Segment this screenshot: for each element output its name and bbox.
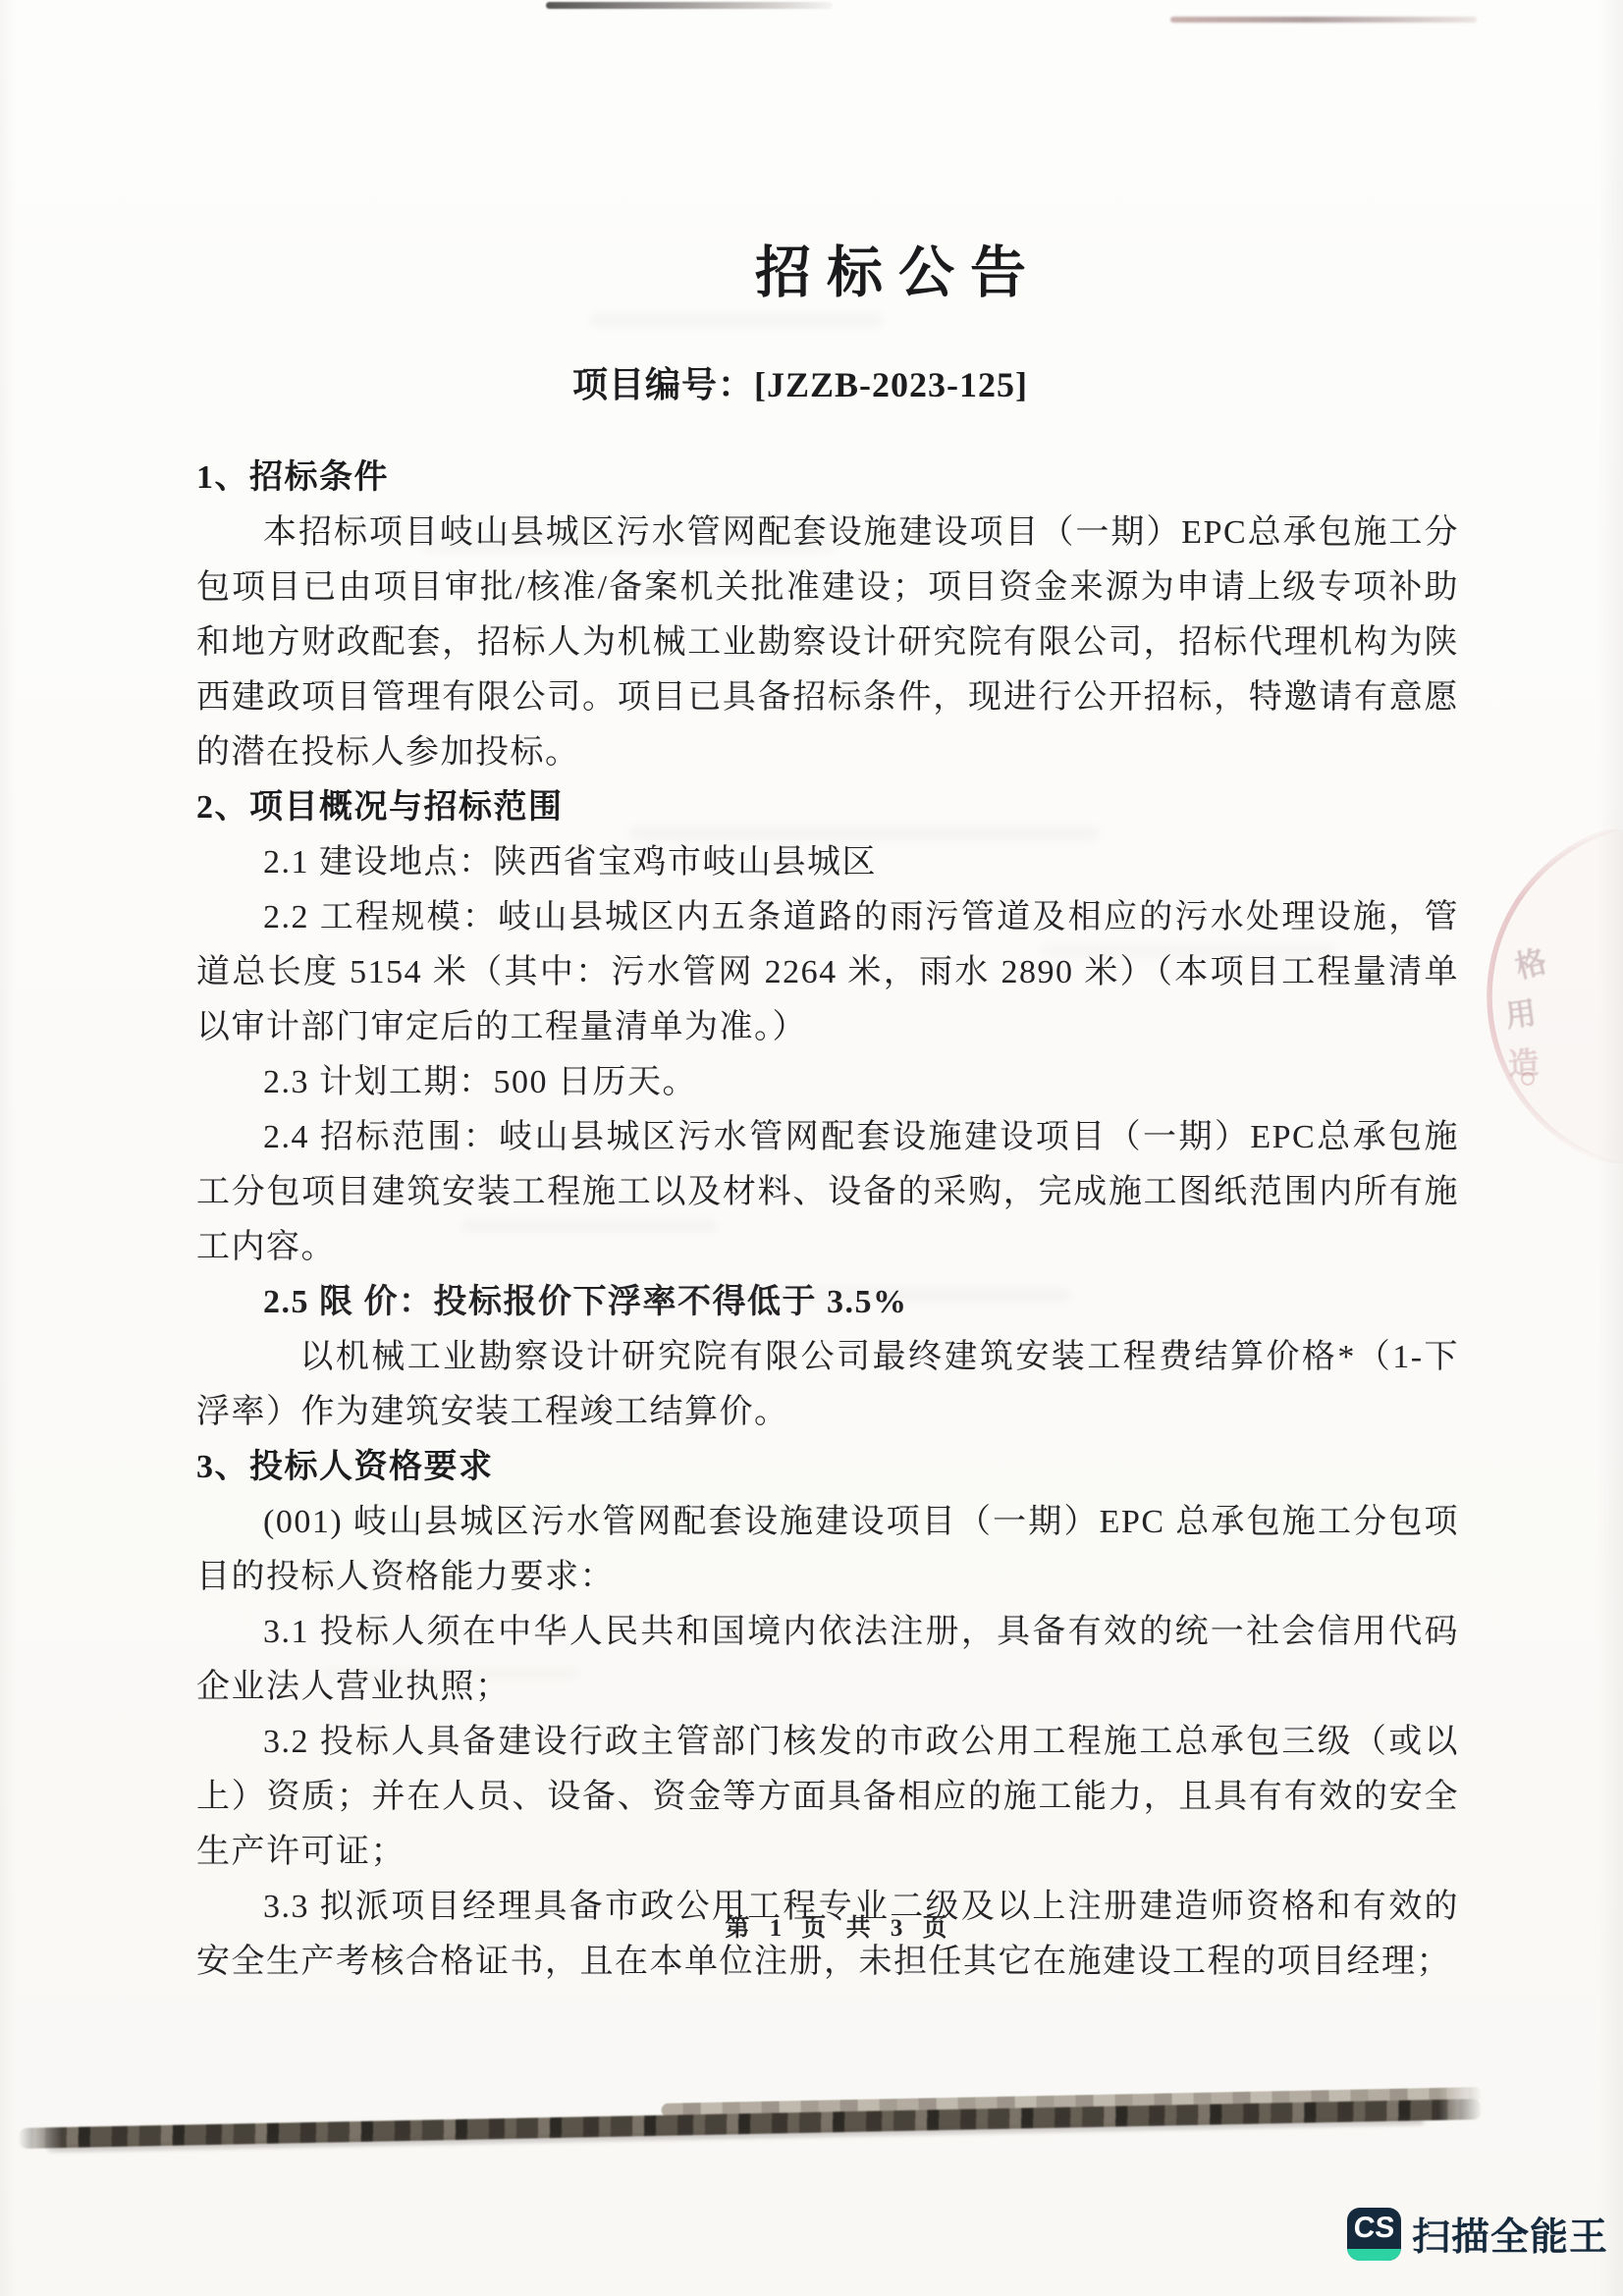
seal-glyph: 格 [1510,936,1550,987]
scan-edge-shading [0,0,16,2296]
scan-artifact-top [1170,17,1477,23]
paragraph: 2.4 招标范围：岐山县城区污水管网配套设施建设项目（一期）EPC总承包施工分包… [196,1110,1459,1275]
section-heading: 1、招标条件 [196,451,1459,506]
section-heading: 2、项目概况与招标范围 [196,780,1459,835]
camscanner-icon-label: CS [1347,2208,1401,2249]
camscanner-icon-teal-band [1347,2249,1401,2261]
tender-document: 招标公告 项目编号：[JZZB-2023-125] 1、招标条件本招标项目岐山县… [196,228,1459,1990]
paragraph: 3.2 投标人具备建设行政主管部门核发的市政公用工程施工总承包三级（或以上）资质… [196,1715,1459,1880]
section-heading: 3、投标人资格要求 [196,1440,1459,1495]
scan-artifact-top [546,2,833,9]
seal-dot [1521,1072,1535,1086]
document-body: 1、招标条件本招标项目岐山县城区污水管网配套设施建设项目（一期）EPC总承包施工… [196,451,1459,1990]
camscanner-icon: CS [1347,2208,1401,2261]
paragraph: 以机械工业勘察设计研究院有限公司最终建筑安装工程费结算价格*（1-下浮率）作为建… [196,1330,1459,1440]
paragraph: 2.3 计划工期：500 日历天。 [196,1055,1459,1110]
scan-edge-shading [1597,0,1623,2296]
project-number: 项目编号：[JZZB-2023-125] [169,357,1432,407]
paragraph: 2.5 限 价：投标报价下浮率不得低于 3.5% [196,1275,1459,1330]
paragraph: 本招标项目岐山县城区污水管网配套设施建设项目（一期）EPC总承包施工分包项目已由… [196,506,1459,780]
camscanner-watermark: CS 扫描全能王 [1347,2207,1608,2262]
paragraph: 3.1 投标人须在中华人民共和国境内依法注册，具备有效的统一社会信用代码企业法人… [196,1605,1459,1715]
paragraph: (001) 岐山县城区污水管网配套设施建设项目（一期）EPC 总承包施工分包项目… [196,1495,1459,1605]
seal-glyph: 用 [1502,988,1539,1036]
camscanner-brand-name: 扫描全能王 [1412,2207,1608,2262]
seal-glyph: 造 [1507,1038,1540,1084]
scanned-page: 招标公告 项目编号：[JZZB-2023-125] 1、招标条件本招标项目岐山县… [0,0,1623,2296]
document-title: 招标公告 [267,228,1530,308]
paragraph: 2.2 工程规模：岐山县城区内五条道路的雨污管道及相应的污水处理设施，管道总长度… [196,890,1459,1055]
paragraph: 2.1 建设地点：陕西省宝鸡市岐山县城区 [196,835,1459,890]
scan-edge-streak [17,2071,1483,2163]
page-number: 第 1 页 共 3 页 [0,1908,1623,1944]
